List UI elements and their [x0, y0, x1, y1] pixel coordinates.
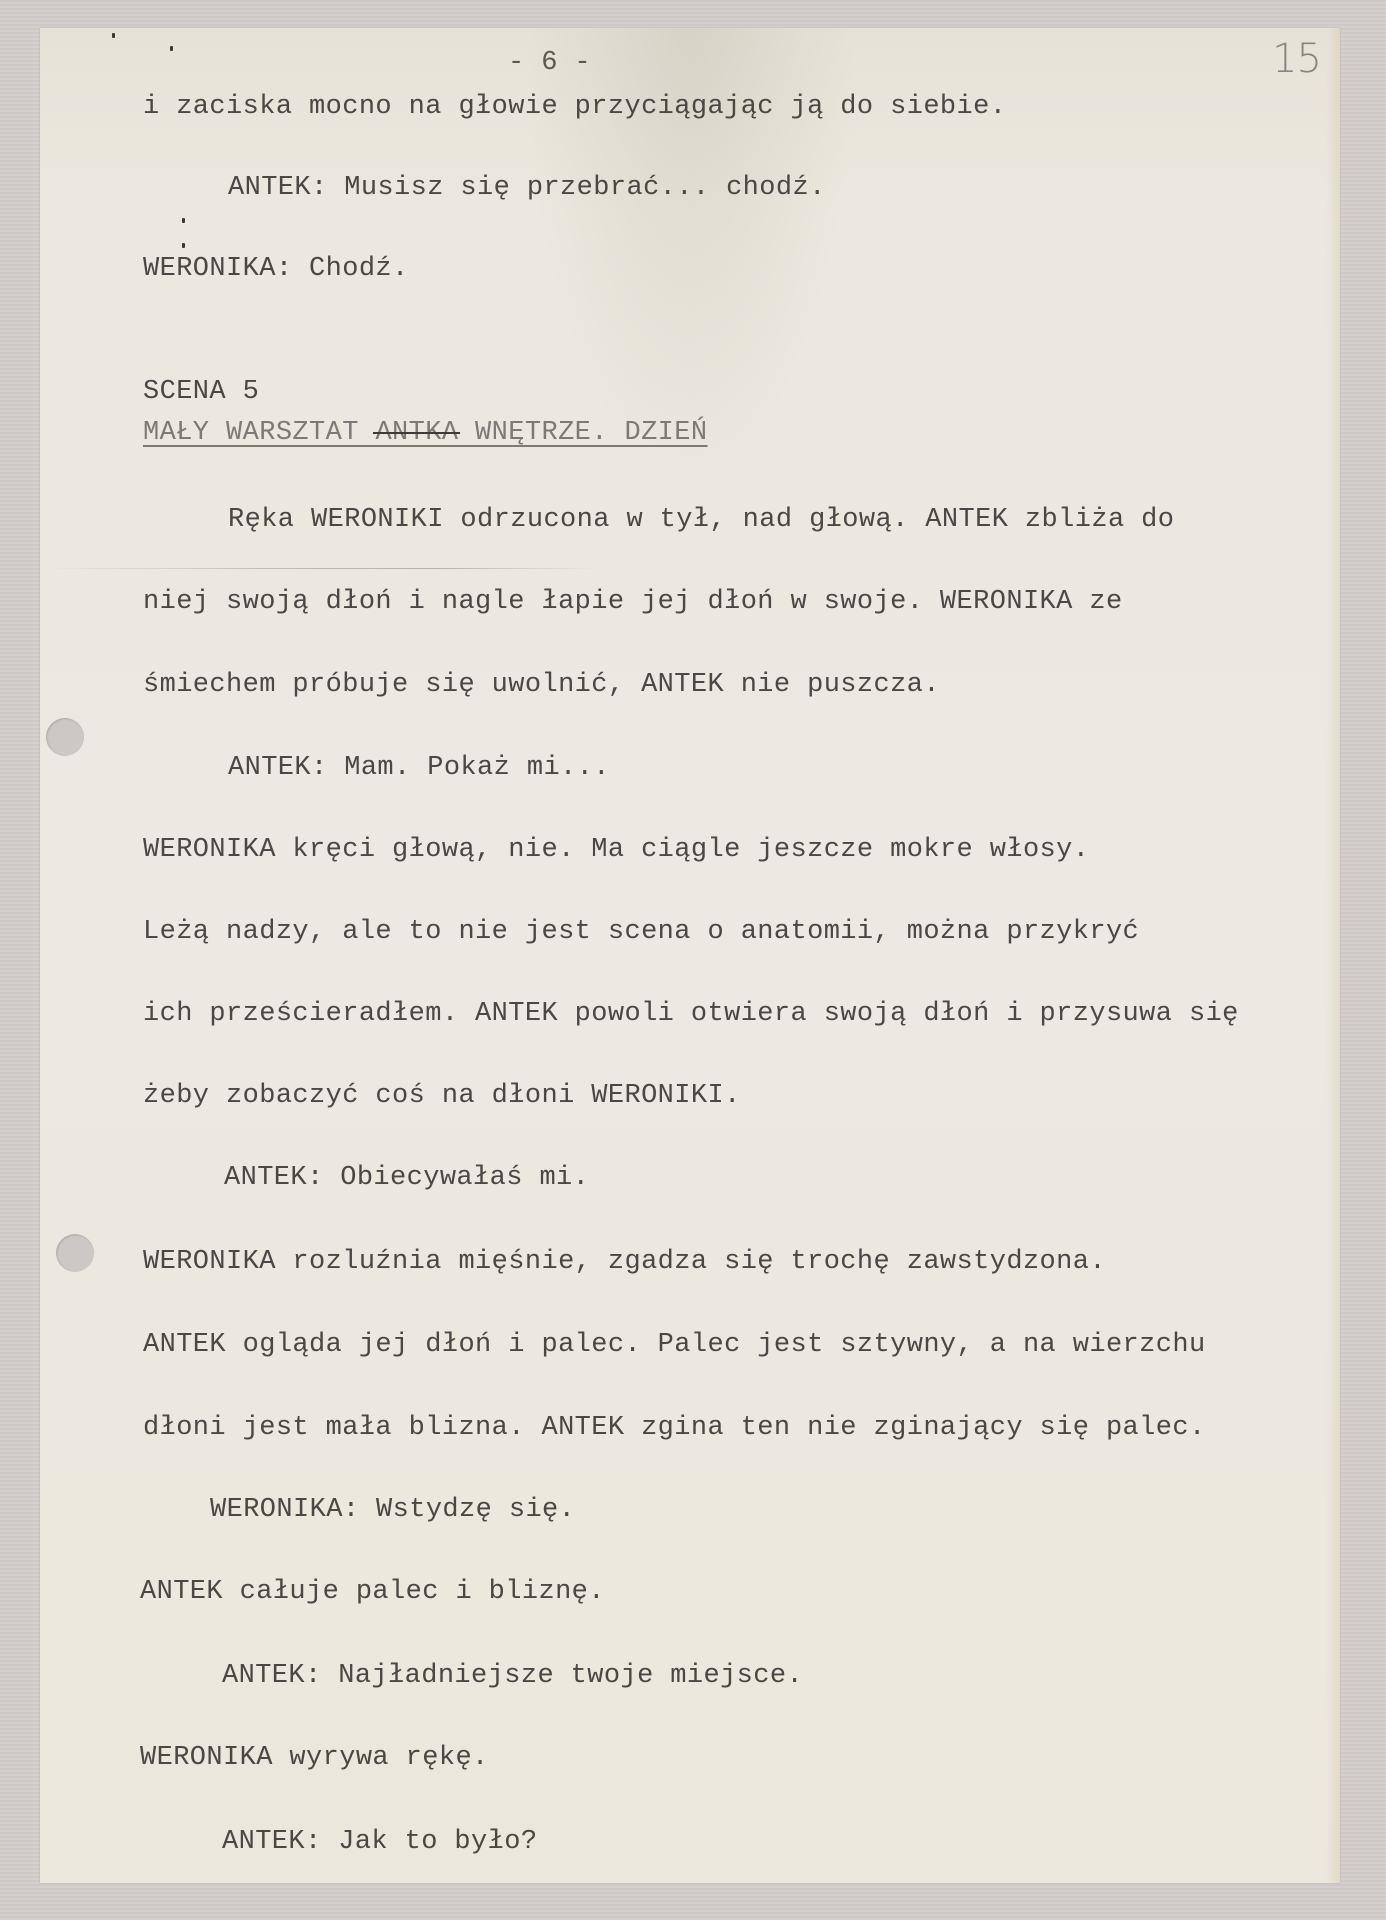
dialogue-line: ANTEK: Najładniejsze twoje miejsce. [222, 1659, 803, 1693]
dialogue-line: ANTEK: Obiecywałaś mi. [224, 1161, 589, 1195]
scene-heading-corrected-word: ANTKA [375, 418, 458, 448]
dialogue-line: WERONIKA: Wstydzę się. [210, 1493, 575, 1527]
handwritten-folio-number: 15 [1272, 36, 1321, 82]
action-line: WERONIKA wyrywa rękę. [140, 1741, 489, 1775]
paper-fold-line [40, 568, 600, 569]
ink-speck [182, 243, 185, 248]
action-line: ANTEK ogląda jej dłoń i palec. Palec jes… [143, 1328, 1206, 1362]
ink-speck [182, 218, 185, 223]
action-line: Leżą nadzy, ale to nie jest scena o anat… [143, 915, 1139, 949]
action-line: śmiechem próbuje się uwolnić, ANTEK nie … [143, 668, 940, 702]
action-line: ANTEK całuje palec i bliznę. [140, 1575, 605, 1609]
punch-hole [46, 718, 84, 756]
punch-hole [56, 1234, 94, 1272]
scene-heading-time: WNĘTRZE. DZIEŃ [458, 418, 707, 448]
ink-speck [112, 33, 115, 38]
scene-heading-location: MAŁY WARSZTAT [143, 418, 375, 448]
dialogue-line: WERONIKA: Chodź. [143, 252, 409, 286]
script-line: i zaciska mocno na głowie przyciągając j… [143, 90, 1006, 124]
action-line: niej swoją dłoń i nagle łapie jej dłoń w… [143, 585, 1123, 619]
action-line: dłoni jest mała blizna. ANTEK zgina ten … [143, 1411, 1206, 1445]
ink-speck [170, 46, 173, 51]
action-line: żeby zobaczyć coś na dłoni WERONIKI. [143, 1079, 741, 1113]
page-number: - 6 - [508, 46, 591, 80]
action-line: WERONIKA rozluźnia mięśnie, zgadza się t… [143, 1245, 1106, 1279]
action-line: Ręka WERONIKI odrzucona w tył, nad głową… [228, 503, 1174, 537]
scene-heading: MAŁY WARSZTAT ANTKA WNĘTRZE. DZIEŃ [143, 416, 708, 450]
dialogue-line: ANTEK: Musisz się przebrać... chodź. [228, 171, 826, 205]
dialogue-line: ANTEK: Jak to było? [222, 1825, 537, 1859]
action-line: ich prześcieradłem. ANTEK powoli otwiera… [143, 997, 1239, 1031]
scene-number: SCENA 5 [143, 375, 259, 409]
action-line: WERONIKA kręci głową, nie. Ma ciągle jes… [143, 833, 1089, 867]
dialogue-line: ANTEK: Mam. Pokaż mi... [228, 751, 610, 785]
